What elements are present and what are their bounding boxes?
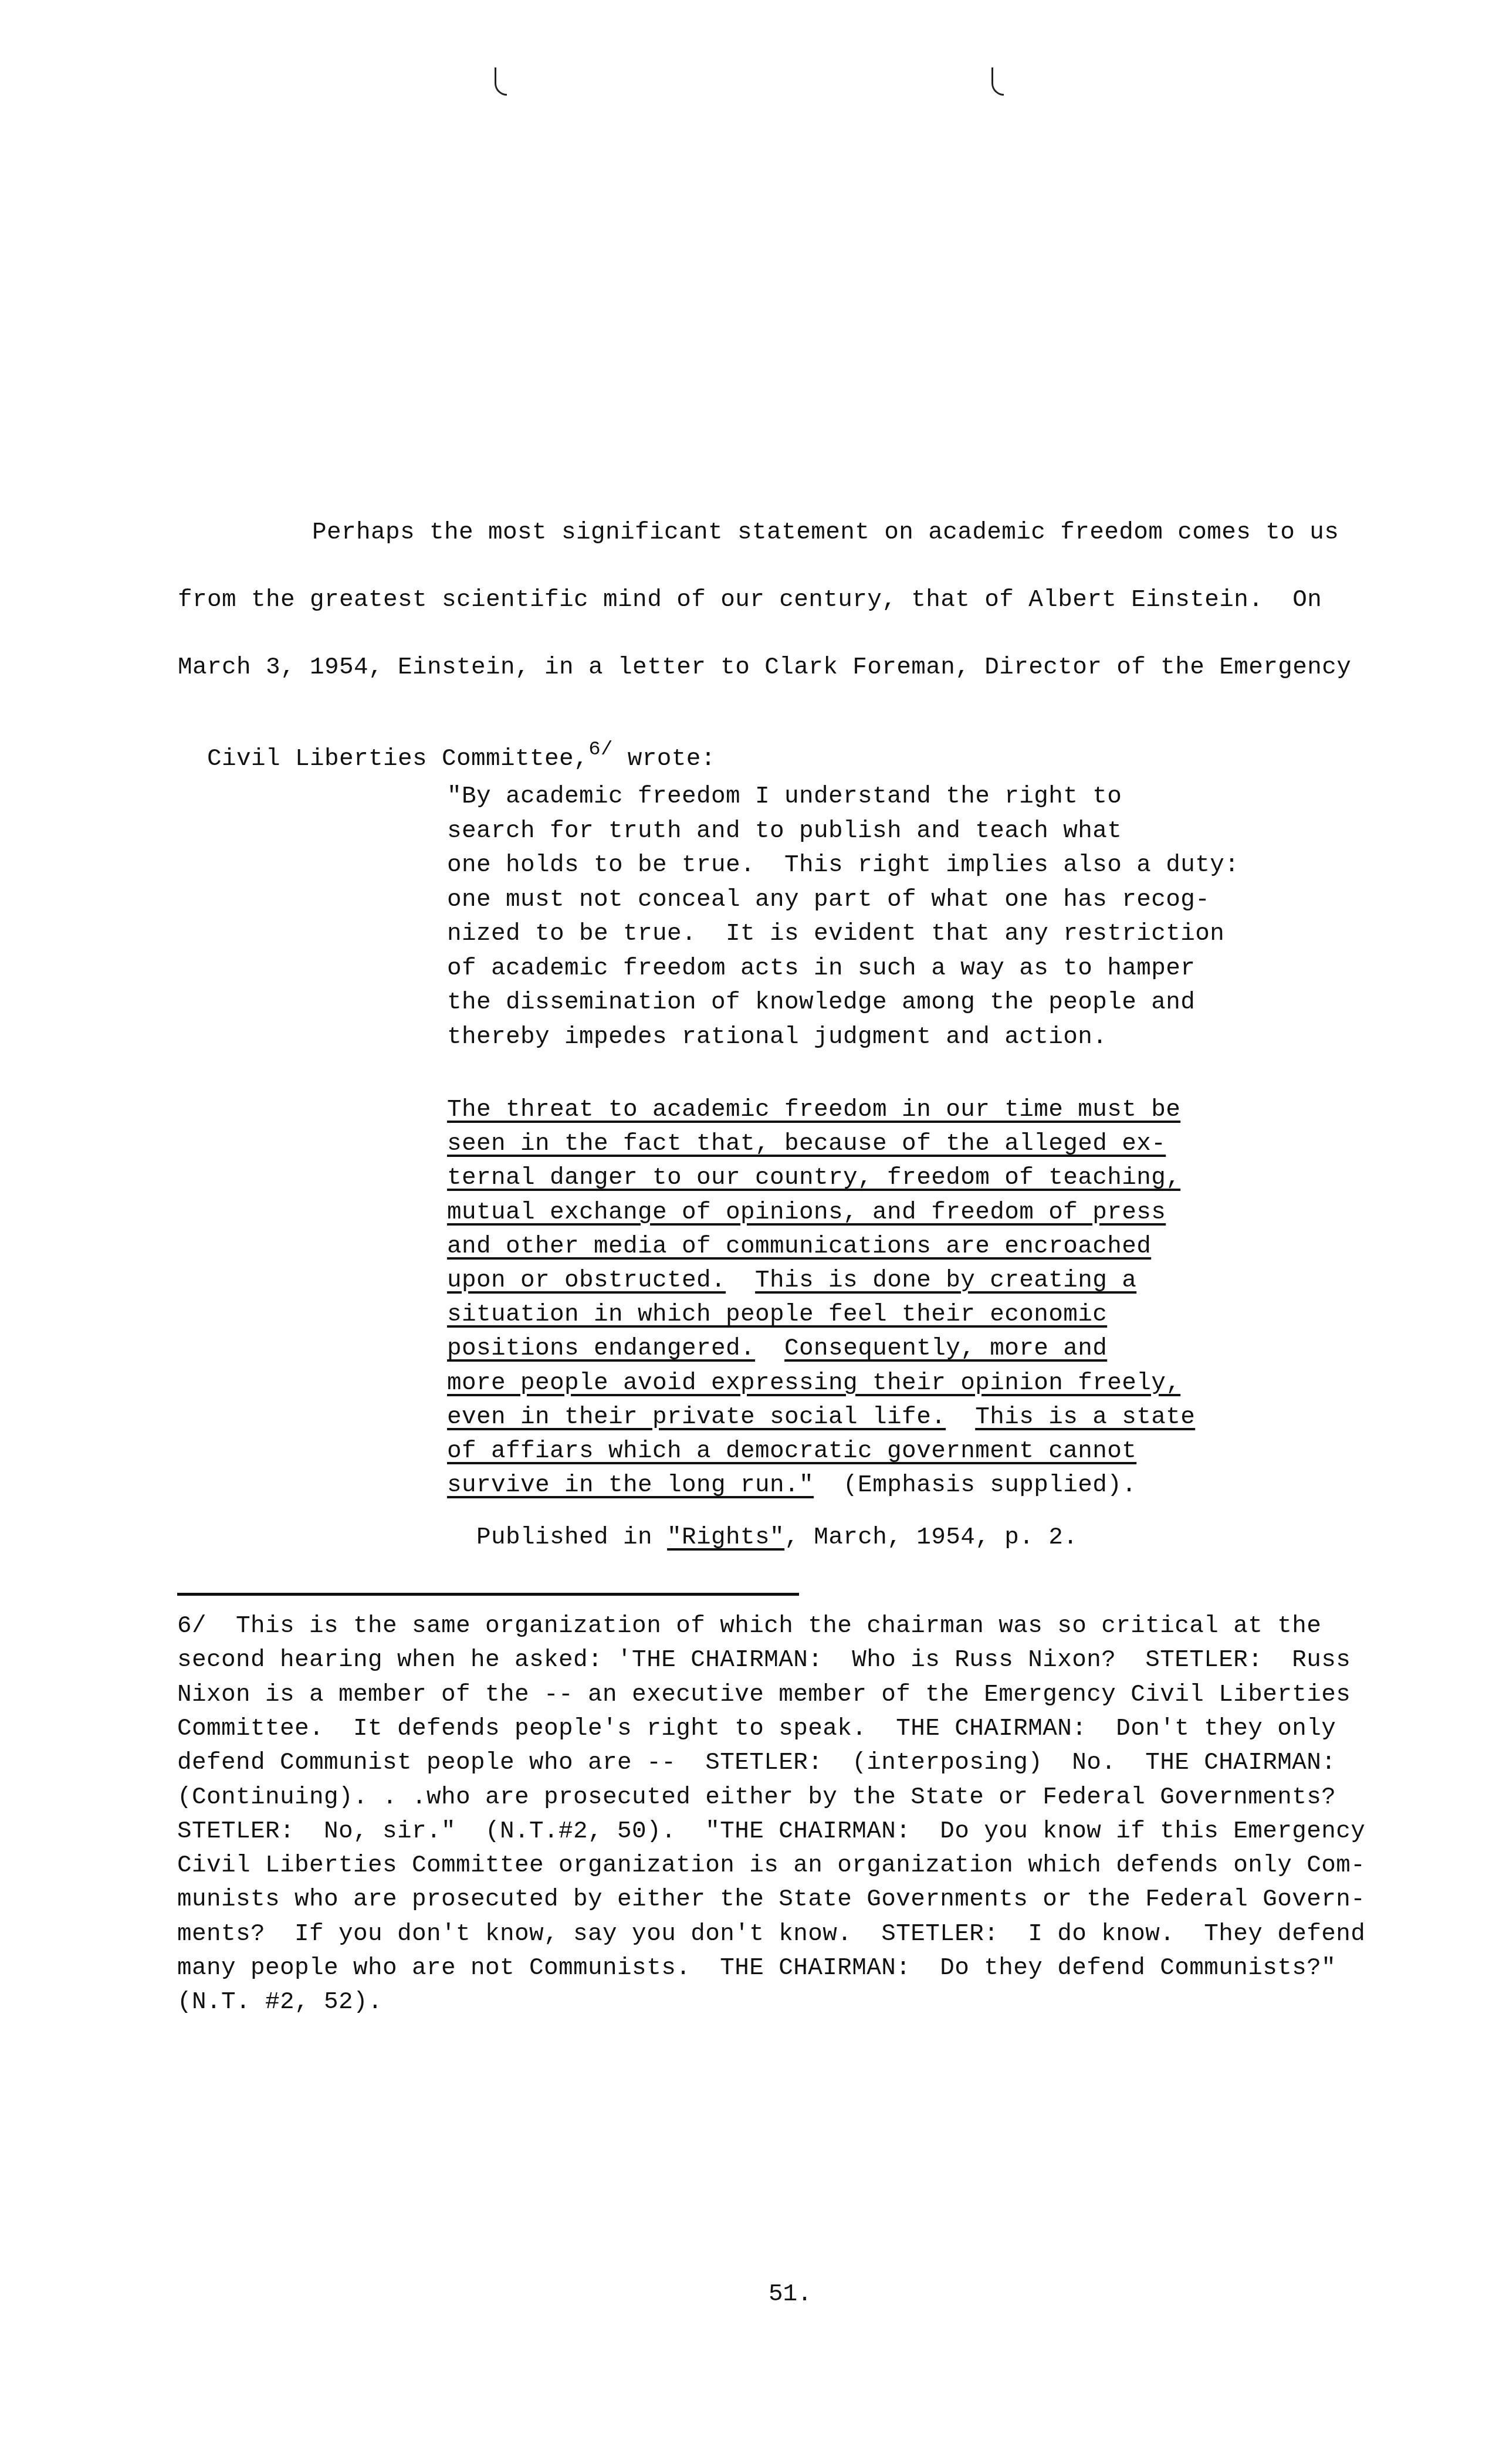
underlined-text: survive in the long run.": [447, 1472, 814, 1499]
quote-line: nized to be true. It is evident that any…: [447, 922, 1224, 946]
gap: [946, 1404, 975, 1431]
emphasized-line: situation in which people feel their eco…: [447, 1303, 1107, 1327]
quote-line: one must not conceal any part of what on…: [447, 888, 1210, 912]
underlined-text: This is done by creating a: [755, 1267, 1136, 1294]
footnote-line: Civil Liberties Committee organization i…: [177, 1854, 1365, 1878]
underlined-text: ternal danger to our country, freedom of…: [447, 1165, 1180, 1192]
footnote-line: (N.T. #2, 52).: [177, 1991, 383, 2015]
footnote-line: defend Communist people who are -- STETL…: [177, 1751, 1336, 1775]
emphasized-line: more people avoid expressing their opini…: [447, 1372, 1180, 1396]
emphasized-line: survive in the long run." (Emphasis supp…: [447, 1474, 1136, 1498]
paragraph-line: from the greatest scientific mind of our…: [178, 588, 1322, 612]
underlined-text: mutual exchange of opinions, and freedom…: [447, 1199, 1166, 1226]
paragraph-line: Perhaps the most significant statement o…: [312, 521, 1339, 545]
paragraph-text: wrote:: [613, 746, 716, 773]
underlined-text: situation in which people feel their eco…: [447, 1301, 1107, 1328]
quote-line: of academic freedom acts in such a way a…: [447, 957, 1195, 981]
plain-text: (Emphasis supplied).: [814, 1472, 1136, 1499]
underlined-text: and other media of communications are en…: [447, 1233, 1151, 1260]
footnote-separator: [177, 1593, 799, 1596]
emphasized-line: positions endangered. Consequently, more…: [447, 1337, 1107, 1361]
paragraph-line: Civil Liberties Committee,6/ wrote:: [178, 723, 716, 771]
emphasized-line: mutual exchange of opinions, and freedom…: [447, 1201, 1166, 1225]
footnote-line: many people who are not Communists. THE …: [177, 1957, 1336, 1981]
citation-prefix: Published in: [476, 1524, 667, 1551]
footnote-reference: 6/: [588, 739, 613, 761]
footnote-line: Committee. It defends people's right to …: [177, 1717, 1336, 1741]
emphasized-line: seen in the fact that, because of the al…: [447, 1132, 1166, 1156]
emphasized-line: upon or obstructed. This is done by crea…: [447, 1269, 1136, 1293]
emphasized-line: ternal danger to our country, freedom of…: [447, 1166, 1180, 1190]
quote-line: the dissemination of knowledge among the…: [447, 991, 1195, 1015]
footnote-line: second hearing when he asked: 'THE CHAIR…: [177, 1649, 1351, 1673]
emphasized-line: even in their private social life. This …: [447, 1406, 1195, 1430]
binder-mark-left: [495, 67, 507, 96]
underlined-text: Consequently, more and: [784, 1335, 1107, 1362]
footnote-line: 6/ This is the same organization of whic…: [177, 1615, 1321, 1639]
page-number: 51.: [769, 2281, 812, 2308]
footnote-line: Nixon is a member of the -- an executive…: [177, 1683, 1351, 1707]
quote-line: one holds to be true. This right implies…: [447, 854, 1239, 878]
underlined-text: The threat to academic freedom in our ti…: [447, 1096, 1180, 1123]
paragraph-line: March 3, 1954, Einstein, in a letter to …: [178, 656, 1351, 680]
emphasized-line: The threat to academic freedom in our ti…: [447, 1098, 1180, 1122]
quote-line: search for truth and to publish and teac…: [447, 820, 1122, 844]
footnote-line: (Continuing). . .who are prosecuted eith…: [177, 1786, 1336, 1810]
emphasized-line: of affiars which a democratic government…: [447, 1440, 1136, 1464]
citation-line: Published in "Rights", March, 1954, p. 2…: [447, 1502, 1078, 1550]
underlined-text: even in their private social life.: [447, 1404, 946, 1431]
underlined-text: upon or obstructed.: [447, 1267, 726, 1294]
underlined-text: This is a state: [975, 1404, 1195, 1431]
underlined-text: positions endangered.: [447, 1335, 755, 1362]
gap: [726, 1267, 755, 1294]
footnote-line: ments? If you don't know, say you don't …: [177, 1923, 1365, 1947]
paragraph-text: Civil Liberties Committee,: [207, 746, 588, 773]
footnote-line: munists who are prosecuted by either the…: [177, 1888, 1365, 1912]
citation-title: "Rights": [667, 1524, 784, 1551]
gap: [755, 1335, 784, 1362]
quote-line: thereby impedes rational judgment and ac…: [447, 1025, 1107, 1050]
underlined-text: more people avoid expressing their opini…: [447, 1370, 1180, 1397]
quote-line: "By academic freedom I understand the ri…: [447, 785, 1122, 809]
footnote-line: STETLER: No, sir." (N.T.#2, 50). "THE CH…: [177, 1820, 1365, 1844]
underlined-text: of affiars which a democratic government…: [447, 1438, 1136, 1465]
underlined-text: seen in the fact that, because of the al…: [447, 1131, 1166, 1157]
binder-mark-right: [991, 67, 1004, 96]
emphasized-line: and other media of communications are en…: [447, 1235, 1151, 1259]
citation-suffix: , March, 1954, p. 2.: [784, 1524, 1078, 1551]
